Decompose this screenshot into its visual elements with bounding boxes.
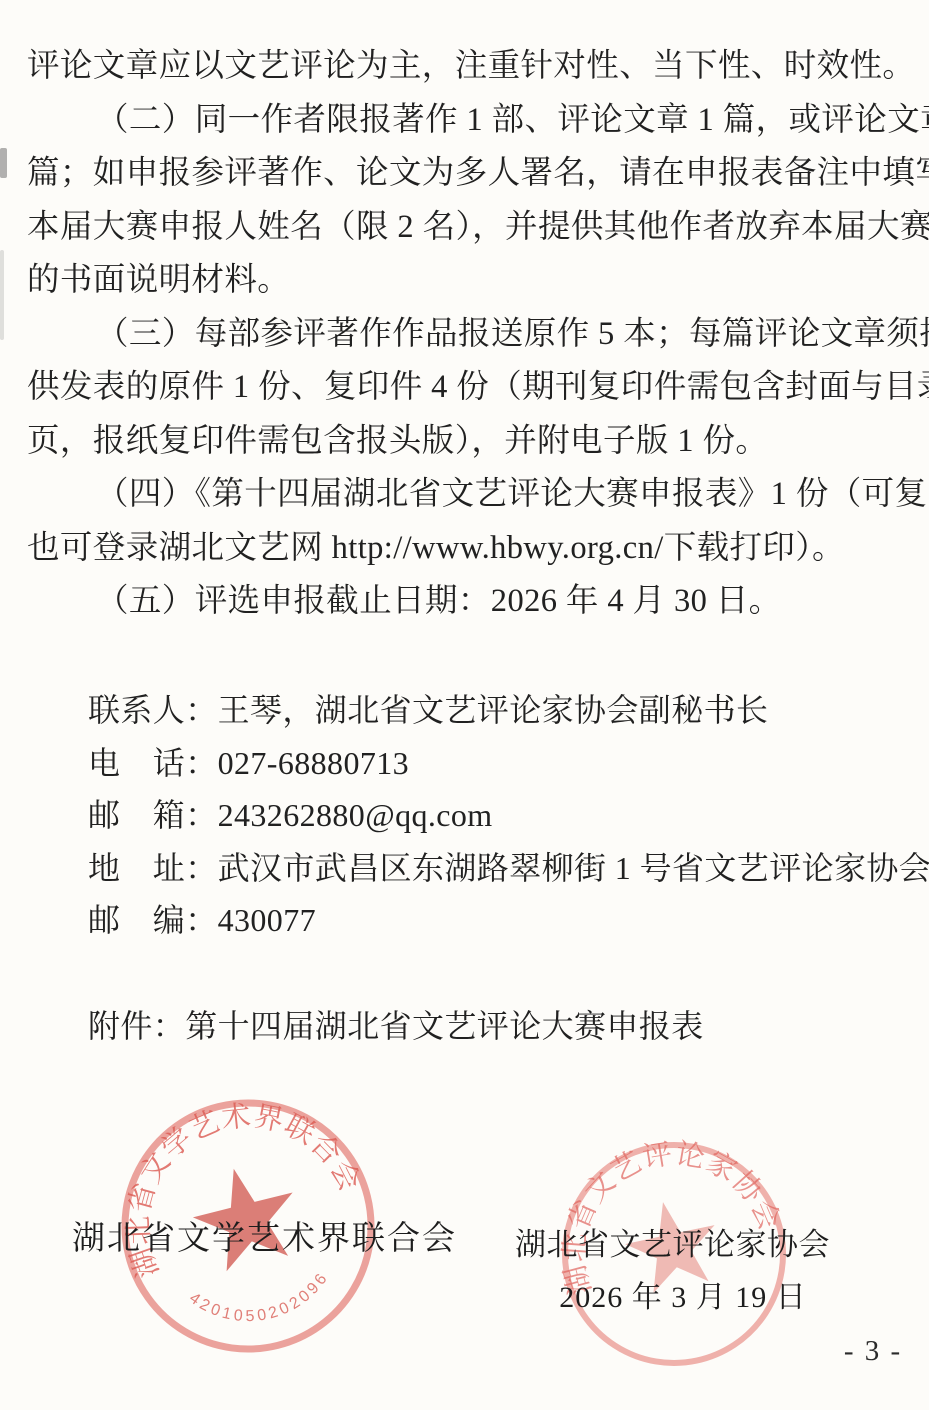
scan-artifact: [0, 250, 4, 340]
body-line: （二）同一作者限报著作 1 部、评论文章 1 篇，或评论文章 2: [27, 94, 909, 148]
body-line: 的书面说明材料。: [27, 254, 909, 308]
contact-email-line: 邮 箱：243262880@qq.com: [88, 789, 908, 842]
document-body: 评论文章应以文艺评论为主，注重针对性、当下性、时效性。 （二）同一作者限报著作 …: [27, 40, 909, 629]
body-line: （四）《第十四届湖北省文艺评论大赛申报表》1 份（可复印，: [27, 468, 909, 522]
contact-block: 联系人：王琴，湖北省文艺评论家协会副秘书长 电 话：027-68880713 邮…: [88, 684, 908, 947]
issue-date: 2026 年 3 月 19 日: [558, 1272, 808, 1316]
contact-phone-line: 电 话：027-68880713: [88, 737, 908, 790]
body-line: 篇；如申报参评著作、论文为多人署名，请在申报表备注中填写: [27, 147, 909, 201]
signature-org-right: 湖北省文艺评论家协会: [515, 1219, 830, 1264]
contact-postcode-line: 邮 编：430077: [88, 894, 908, 947]
page-number: - 3 -: [828, 1335, 918, 1368]
contact-address-line: 地 址：武汉市武昌区东湖路翠柳街 1 号省文艺评论家协会: [88, 842, 908, 895]
attachment-line: 附件：第十四届湖北省文艺评论大赛申报表: [88, 1000, 908, 1052]
signature-org-left: 湖北省文学艺术界联合会: [72, 1212, 457, 1259]
body-line: （三）每部参评著作作品报送原作 5 本；每篇评论文章须提: [27, 308, 909, 362]
body-line: 评论文章应以文艺评论为主，注重针对性、当下性、时效性。: [27, 40, 909, 94]
body-line: 供发表的原件 1 份、复印件 4 份（期刊复印件需包含封面与目录: [27, 361, 909, 415]
body-line: 页，报纸复印件需包含报头版），并附电子版 1 份。: [27, 415, 909, 469]
body-line: 也可登录湖北文艺网 http://www.hbwy.org.cn/下载打印）。: [27, 522, 909, 576]
document-page: 评论文章应以文艺评论为主，注重针对性、当下性、时效性。 （二）同一作者限报著作 …: [0, 0, 929, 1410]
contact-person-line: 联系人：王琴，湖北省文艺评论家协会副秘书长: [88, 684, 908, 737]
body-line: 本届大赛申报人姓名（限 2 名），并提供其他作者放弃本届大赛: [27, 201, 909, 255]
body-line: （五）评选申报截止日期：2026 年 4 月 30 日。: [27, 575, 909, 629]
scan-artifact: [0, 148, 7, 178]
